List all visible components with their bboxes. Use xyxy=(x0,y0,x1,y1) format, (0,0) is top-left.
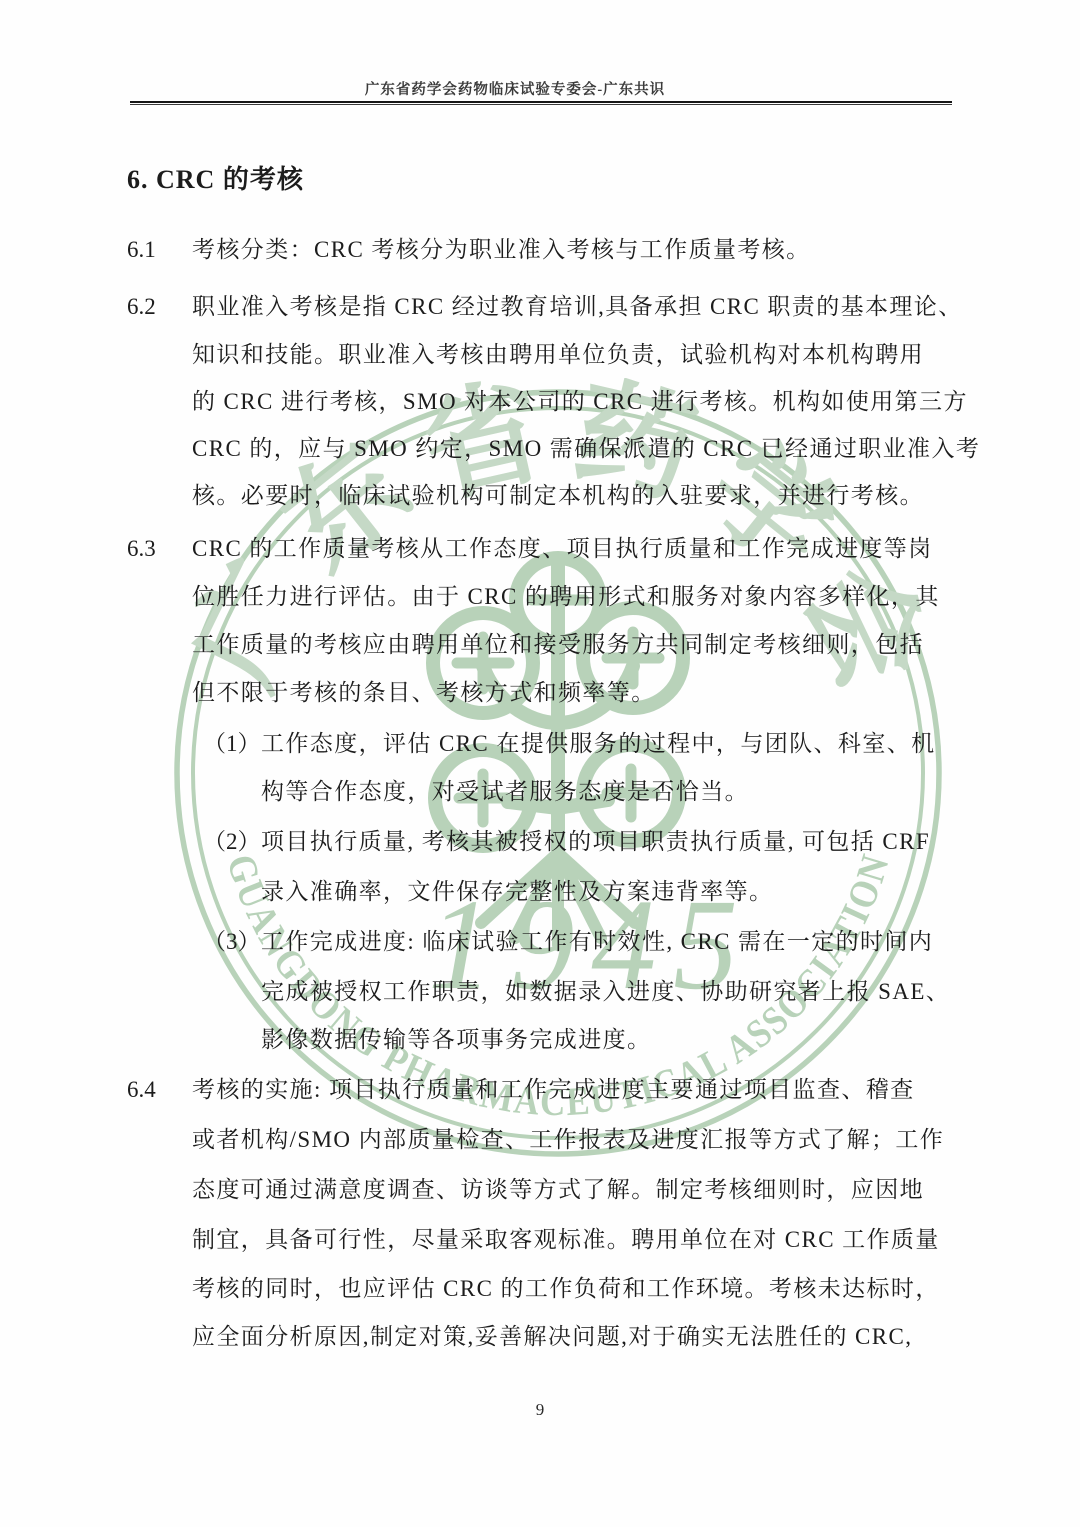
running-header-title: 广东省药学会药物临床试验专委会-广东共识 xyxy=(0,78,1030,100)
body-line: CRC 的，应与 SMO 约定，SMO 需确保派遣的 CRC 已经通过职业准入考 xyxy=(192,425,980,473)
list-item-number: （1） xyxy=(203,720,261,768)
clause-number: 6.2 xyxy=(127,283,156,331)
list-item-line: 项目执行质量, 考核其被授权的项目职责执行质量, 可包括 CRF xyxy=(261,818,930,866)
clause-number: 6.1 xyxy=(127,226,156,274)
body-line: 的 CRC 进行考核，SMO 对本公司的 CRC 进行考核。机构如使用第三方 xyxy=(192,378,968,426)
list-item-line: 工作态度，评估 CRC 在提供服务的过程中，与团队、科室、机 xyxy=(261,720,936,768)
body-line: 应全面分析原因,制定对策,妥善解决问题,对于确实无法胜任的 CRC, xyxy=(192,1313,912,1361)
list-item-line: 完成被授权工作职责，如数据录入进度、协助研究者上报 SAE、 xyxy=(261,968,950,1016)
body-line: 工作质量的考核应由聘用单位和接受服务方共同制定考核细则，包括 xyxy=(192,621,924,669)
list-item-number: （2） xyxy=(203,818,261,866)
list-item-line: 构等合作态度，对受试者服务态度是否恰当。 xyxy=(261,768,749,816)
list-item-line: 工作完成进度: 临床试验工作有时效性, CRC 需在一定的时间内 xyxy=(261,918,933,966)
body-line: 态度可通过满意度调查、访谈等方式了解。制定考核细则时，应因地 xyxy=(192,1166,924,1214)
list-item-number: （3） xyxy=(203,918,261,966)
body-line: 考核分类：CRC 考核分为职业准入考核与工作质量考核。 xyxy=(192,226,811,274)
page-number: 9 xyxy=(0,1394,1080,1426)
body-line: 位胜任力进行评估。由于 CRC 的聘用形式和服务对象内容多样化，其 xyxy=(192,573,940,621)
section-heading: 6. CRC 的考核 xyxy=(127,160,304,200)
list-item-line: 影像数据传输等各项事务完成进度。 xyxy=(261,1016,651,1064)
body-line: 但不限于考核的条目、考核方式和频率等。 xyxy=(192,669,656,717)
list-item-line: 录入准确率，文件保存完整性及方案违背率等。 xyxy=(261,868,773,916)
body-line: 知识和技能。职业准入考核由聘用单位负责，试验机构对本机构聘用 xyxy=(192,331,924,379)
header-rule xyxy=(130,101,952,105)
body-line: 考核的实施: 项目执行质量和工作完成进度主要通过项目监查、稽查 xyxy=(192,1066,915,1114)
body-line: 核。必要时，临床试验机构可制定本机构的入驻要求，并进行考核。 xyxy=(192,472,924,520)
clause-number: 6.3 xyxy=(127,525,156,573)
document-page: 广东省药学会 GUANGDONG PHARMACEUTICAL ASSOCIAT… xyxy=(0,0,1080,1527)
body-line: 职业准入考核是指 CRC 经过教育培训,具备承担 CRC 职责的基本理论、 xyxy=(192,283,963,331)
body-line: 或者机构/SMO 内部质量检查、工作报表及进度汇报等方式了解；工作 xyxy=(192,1116,944,1164)
body-line: 制宜，具备可行性，尽量采取客观标准。聘用单位在对 CRC 工作质量 xyxy=(192,1216,940,1264)
clause-number: 6.4 xyxy=(127,1066,156,1114)
body-line: CRC 的工作质量考核从工作态度、项目执行质量和工作完成进度等岗 xyxy=(192,525,933,573)
body-line: 考核的同时，也应评估 CRC 的工作负荷和工作环境。考核未达标时， xyxy=(192,1265,940,1313)
